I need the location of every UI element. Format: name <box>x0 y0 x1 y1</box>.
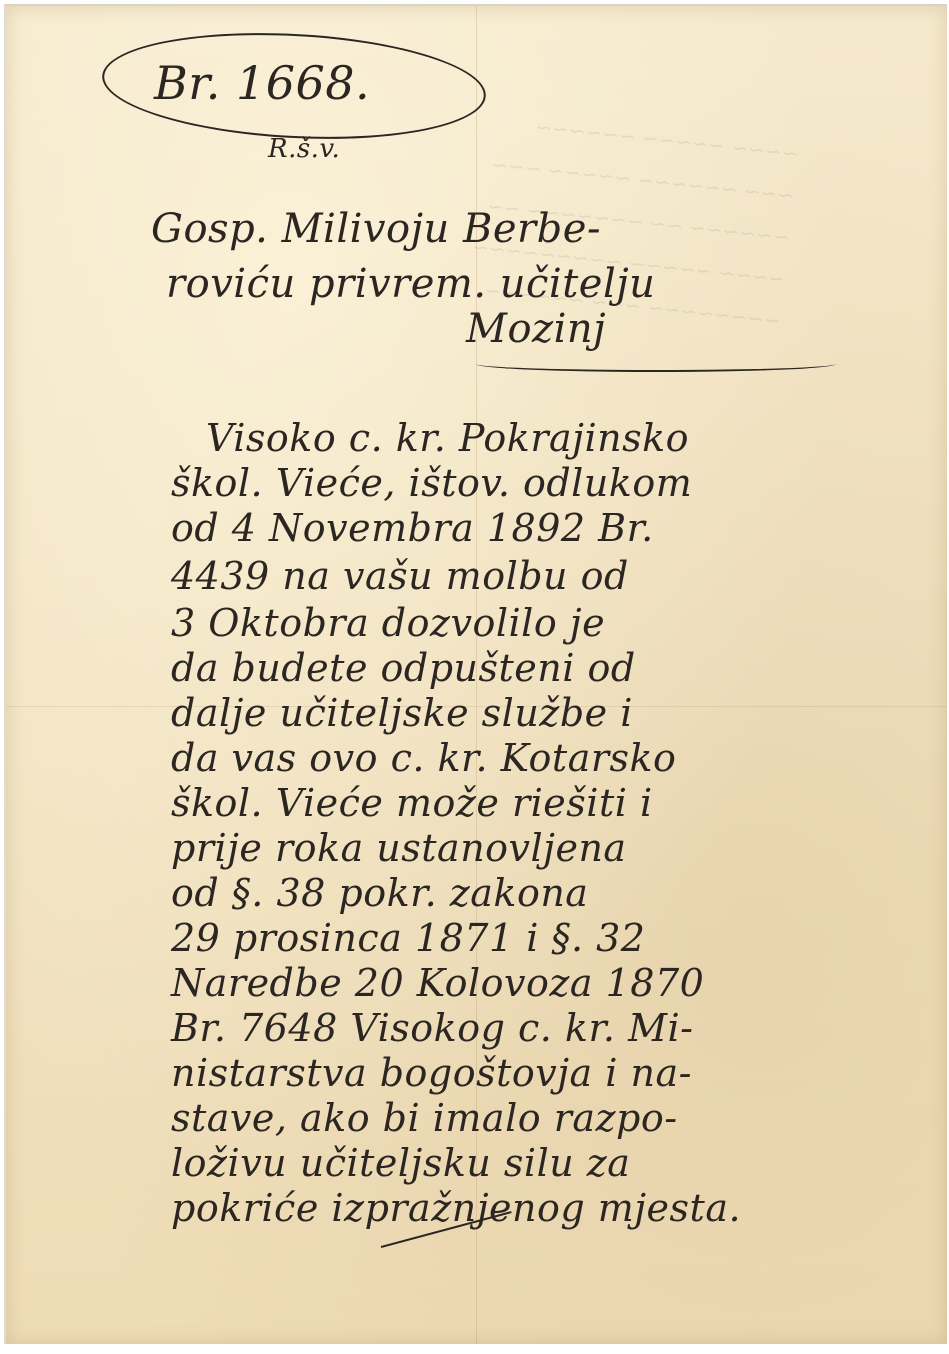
body-line: nistarstva bogoštovja i na- <box>171 1051 692 1095</box>
body-line: loživu učiteljsku silu za <box>171 1141 630 1185</box>
address-line-3: Mozinj <box>466 306 606 352</box>
body-line: od 4 Novembra 1892 Br. <box>171 506 654 550</box>
body-line: Br. 7648 Visokog c. kr. Mi- <box>171 1006 694 1050</box>
body-line: 29 prosinca 1871 i §. 32 <box>171 916 645 960</box>
body-line: dalje učiteljske službe i <box>171 691 633 735</box>
body-line: da budete odpušteni od <box>171 646 636 690</box>
body-line: škol. Vieće može riešiti i <box>171 781 653 825</box>
reference-number: Br. 1668. <box>154 56 370 110</box>
body-line: 3 Oktobra dozvolilo je <box>171 601 605 645</box>
body-line: Visoko c. kr. Pokrajinsko <box>206 416 689 460</box>
body-line: od §. 38 pokr. zakona <box>171 871 588 915</box>
body-line: stave, ako bi imalo razpo- <box>171 1096 678 1140</box>
body-line: da vas ovo c. kr. Kotarsko <box>171 736 676 780</box>
address-underline-flourish <box>476 356 836 372</box>
address-line-2: roviću privrem. učitelju <box>166 261 655 307</box>
document-page: ~~~~ ~~~~~ ~~~~~~ ~~~ ~~~~~~ ~~~~~ ~~~ ~… <box>4 4 947 1344</box>
address-line-1: Gosp. Milivoju Berbe- <box>151 206 601 252</box>
body-line: prije roka ustanovljena <box>171 826 627 870</box>
reference-subscript: R.š.v. <box>268 134 340 164</box>
body-line: škol. Vieće, ištov. odlukom <box>171 461 692 505</box>
body-line: pokriće izpražnjenog mjesta. <box>171 1186 741 1230</box>
body-line: Naredbe 20 Kolovoza 1870 <box>171 961 704 1005</box>
body-line: 4439 na vašu molbu od <box>171 554 629 598</box>
